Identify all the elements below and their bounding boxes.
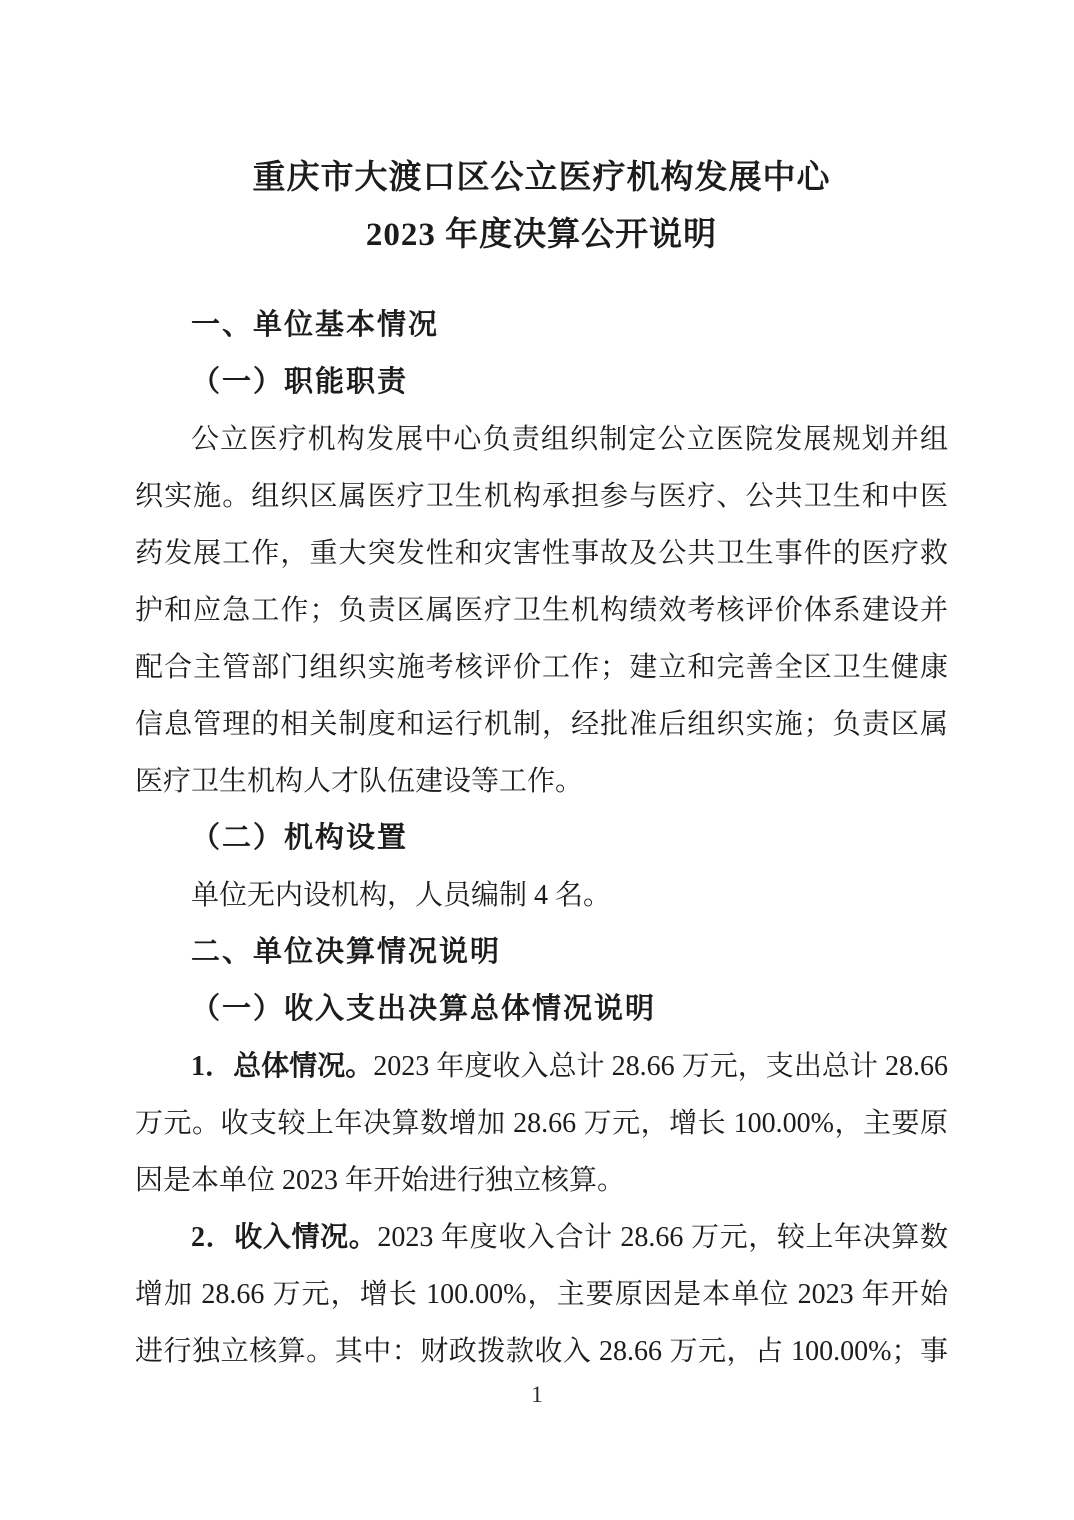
document-page: 重庆市大渡口区公立医疗机构发展中心 2023 年度决算公开说明 一、单位基本情况…: [0, 0, 1074, 1520]
document-title-line2: 2023 年度决算公开说明: [135, 207, 948, 264]
heading-final-accounts: 二、单位决算情况说明: [135, 924, 948, 981]
paragraph-income-line1-text: 2023 年度收入合计 28.66 万元，较上年决算数: [377, 1222, 948, 1253]
paragraph-organization: 单位无内设机构，人员编制 4 名。: [135, 867, 948, 924]
paragraph-income-line1: 2．收入情况。2023 年度收入合计 28.66 万元，较上年决算数: [135, 1209, 948, 1266]
paragraph-income-line2: 增加 28.66 万元，增长 100.00%，主要原因是本单位 2023 年开始: [135, 1266, 948, 1323]
subheading-income-expense-overview: （一）收入支出决算总体情况说明: [135, 981, 948, 1038]
numbered-item-lead-income: 2．收入情况。: [191, 1222, 377, 1253]
paragraph-duties-line7: 医疗卫生机构人才队伍建设等工作。: [135, 753, 948, 810]
title-spacer: [135, 264, 948, 297]
paragraph-total-line2: 万元。收支较上年决算数增加 28.66 万元，增长 100.00%，主要原: [135, 1095, 948, 1152]
paragraph-total-line3: 因是本单位 2023 年开始进行独立核算。: [135, 1152, 948, 1209]
subheading-duties: （一）职能职责: [135, 354, 948, 411]
document-title-line1: 重庆市大渡口区公立医疗机构发展中心: [135, 150, 948, 207]
heading-unit-basic-info: 一、单位基本情况: [135, 297, 948, 354]
paragraph-duties-line5: 配合主管部门组织实施考核评价工作；建立和完善全区卫生健康: [135, 639, 948, 696]
paragraph-duties-line2: 织实施。组织区属医疗卫生机构承担参与医疗、公共卫生和中医: [135, 468, 948, 525]
paragraph-duties-line1: 公立医疗机构发展中心负责组织制定公立医院发展规划并组: [135, 411, 948, 468]
subheading-organization: （二）机构设置: [135, 810, 948, 867]
paragraph-duties-line3: 药发展工作，重大突发性和灾害性事故及公共卫生事件的医疗救: [135, 525, 948, 582]
page-number: 1: [0, 1381, 1074, 1409]
numbered-item-lead-total: 1．总体情况。: [191, 1051, 373, 1082]
document-content: 重庆市大渡口区公立医疗机构发展中心 2023 年度决算公开说明 一、单位基本情况…: [135, 150, 948, 1380]
paragraph-total-line1-text: 2023 年度收入总计 28.66 万元，支出总计 28.66: [373, 1051, 948, 1082]
paragraph-income-line3: 进行独立核算。其中：财政拨款收入 28.66 万元，占 100.00%；事: [135, 1323, 948, 1380]
paragraph-total-line1: 1．总体情况。2023 年度收入总计 28.66 万元，支出总计 28.66: [135, 1038, 948, 1095]
paragraph-duties-line6: 信息管理的相关制度和运行机制，经批准后组织实施；负责区属: [135, 696, 948, 753]
paragraph-duties-line4: 护和应急工作；负责区属医疗卫生机构绩效考核评价体系建设并: [135, 582, 948, 639]
